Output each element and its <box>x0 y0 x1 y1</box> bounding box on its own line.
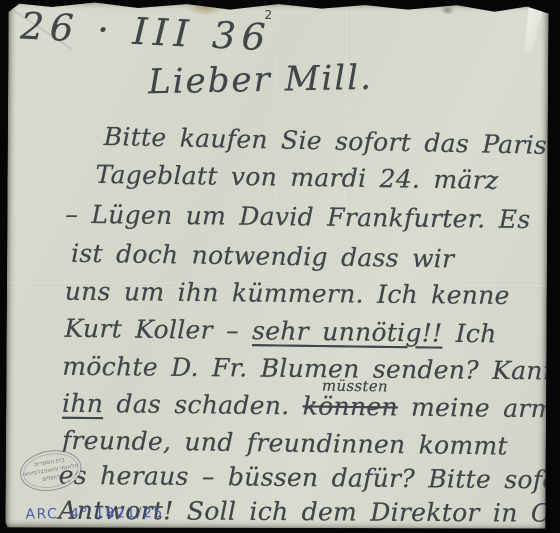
struck-word: können <box>303 391 398 421</box>
handwritten-line: Tageblatt von mardi 24. märz <box>95 160 498 195</box>
handwritten-line: es heraus – büssen dafür? Bitte sofort <box>59 461 560 495</box>
letter-salutation: Lieber Mill. <box>148 58 374 103</box>
paper-corner-fold <box>516 0 544 54</box>
handwritten-line: uns um ihn kümmern. Ich kenne <box>65 277 510 310</box>
underlined-word: ihn <box>62 389 103 418</box>
handwritten-line: ihn das schaden. könnenmüssten meine arm… <box>62 389 560 424</box>
handwritten-line: freunde, und freundinnen kommt <box>62 426 508 461</box>
paper-smudge <box>441 5 455 15</box>
line-text: Ich <box>442 319 496 349</box>
library-stamp-line: ירושלים <box>42 473 62 484</box>
correction: könnenmüssten <box>303 391 398 421</box>
letter-date: 26 · III 36 <box>19 4 272 59</box>
handwritten-line: möchte D. Fr. Blumen senden? Kann <box>62 352 559 386</box>
line-text: das schaden. <box>103 389 303 420</box>
line-text: meine armen <box>398 392 560 423</box>
letter-paper: 2 26 · III 36 Lieber Mill. Bitte kaufen … <box>5 0 548 530</box>
handwritten-line: – Lügen um David Frankfurter. Es <box>65 200 530 234</box>
underlined-phrase: sehr unnötig!! <box>252 316 443 347</box>
inserted-word: müssten <box>322 377 388 396</box>
handwritten-line: Bitte kaufen Sie sofort das Pariser <box>103 122 560 160</box>
handwritten-line: Kurt Koller – sehr unnötig!! Ich <box>64 314 496 349</box>
archive-number: ARC. 4° 1821/25 <box>25 505 163 523</box>
handwritten-line: ist doch notwendig dass wir <box>71 239 455 274</box>
line-text: Kurt Koller – <box>64 314 252 345</box>
